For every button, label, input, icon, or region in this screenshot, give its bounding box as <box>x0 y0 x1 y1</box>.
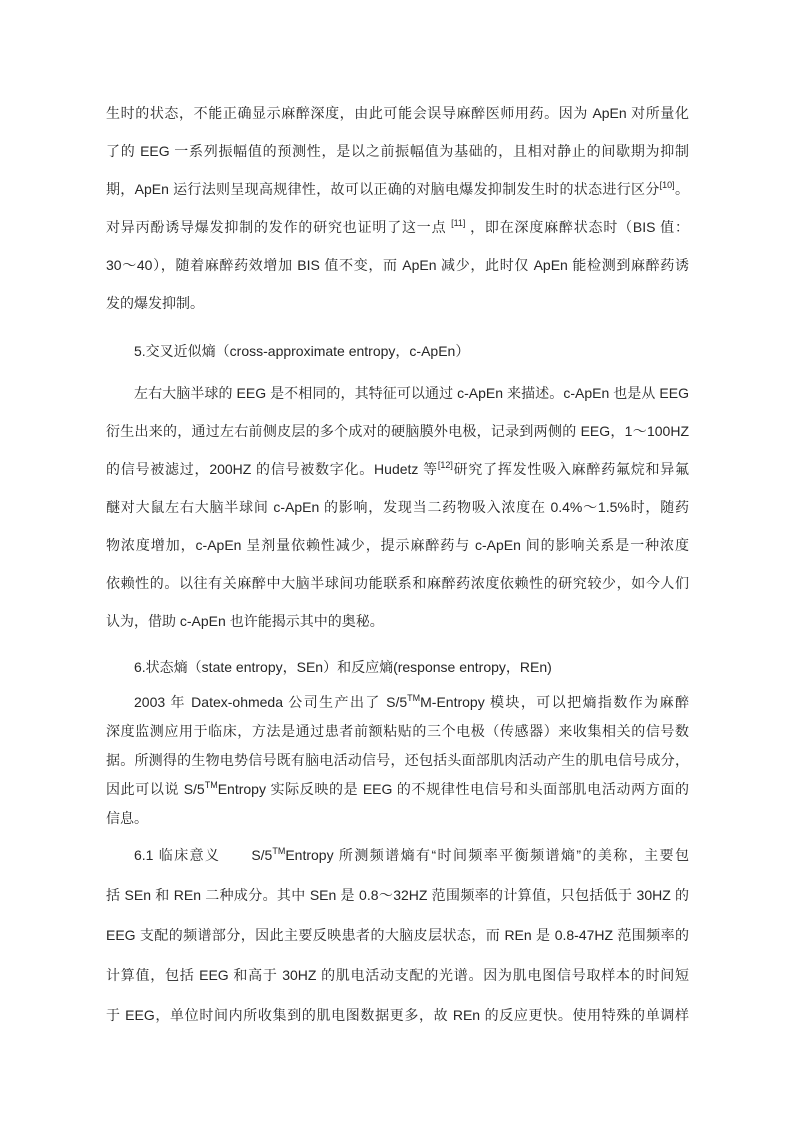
text-segment: ，即在深度麻醉状态时（BIS 值： <box>465 219 689 235</box>
text-line: 认为，借助 c-ApEn 也许能揭示其中的奥秘。 <box>106 602 689 640</box>
heading-state-response-entropy: 6.状态熵（state entropy，SEn）和反应熵(response en… <box>106 648 689 686</box>
text-segment: Entropy 所测频谱熵有“时间频率平衡频谱熵”的美称，主要包 <box>285 847 689 863</box>
superscript-reference: [12] <box>438 460 453 470</box>
text-segment: 依赖性的。以往有关麻醉中大脑半球间功能联系和麻醉药浓度依赖性的研究较少，如今人们 <box>106 575 689 591</box>
text-line: EEG 支配的频谱部分，因此主要反映患者的大脑皮层状态，而 REn 是 0.8-… <box>106 915 689 955</box>
paragraph-capen: 左右大脑半球的 EEG 是不相同的，其特征可以通过 c-ApEn 来描述。c-A… <box>106 374 689 640</box>
text-segment: 生时的状态，不能正确显示麻醉深度，由此可能会误导麻醉医师用药。因为 ApEn 对… <box>106 105 689 121</box>
text-segment: 6.1 临床意义 S/5 <box>134 847 272 863</box>
superscript-reference: TM <box>272 846 285 856</box>
text-line: 了的 EEG 一系列振幅值的预测性，是以之前振幅值为基础的，且相对静止的间歇期为… <box>106 132 689 170</box>
text-line: 发的爆发抑制。 <box>106 284 689 322</box>
text-line: 左右大脑半球的 EEG 是不相同的，其特征可以通过 c-ApEn 来描述。c-A… <box>106 374 689 412</box>
text-segment: 计算值，包括 EEG 和高于 30HZ 的肌电活动支配的光谱。因为肌电图信号取样… <box>106 967 689 983</box>
text-line: 物浓度增加，c-ApEn 呈剂量依赖性减少，提示麻醉药与 c-ApEn 间的影响… <box>106 526 689 564</box>
text-line: 括 SEn 和 REn 二种成分。其中 SEn 是 0.8～32HZ 范围频率的… <box>106 875 689 915</box>
text-segment: 6.状态熵（state entropy，SEn）和反应熵(response en… <box>134 659 552 675</box>
text-segment: 。 <box>675 181 689 197</box>
text-line: 5.交叉近似熵（cross-approximate entropy，c-ApEn… <box>106 332 689 370</box>
text-segment: 信息。 <box>106 810 148 826</box>
text-line: 对异丙酚诱导爆发抑制的发作的研究也证明了这一点 [11] ，即在深度麻醉状态时（… <box>106 208 689 246</box>
text-segment: 因此可以说 S/5 <box>106 781 205 797</box>
text-segment: 物浓度增加，c-ApEn 呈剂量依赖性减少，提示麻醉药与 c-ApEn 间的影响… <box>106 537 689 553</box>
text-line: 2003 年 Datex-ohmeda 公司生产出了 S/5TMM-Entrop… <box>106 688 689 717</box>
text-segment: 认为，借助 c-ApEn 也许能揭示其中的奥秘。 <box>106 613 384 629</box>
text-line: 的信号被滤过，200HZ 的信号被数字化。Hudetz 等[12]研究了挥发性吸… <box>106 450 689 488</box>
text-line: 于 EEG，单位时间内所收集到的肌电图数据更多，故 REn 的反应更快。使用特殊… <box>106 995 689 1035</box>
text-segment: 30～40），随着麻醉药效增加 BIS 值不变，而 ApEn 减少，此时仅 Ap… <box>106 257 689 273</box>
text-segment: 于 EEG，单位时间内所收集到的肌电图数据更多，故 REn 的反应更快。使用特殊… <box>106 1007 689 1023</box>
text-line: 6.1 临床意义 S/5TMEntropy 所测频谱熵有“时间频率平衡频谱熵”的… <box>106 835 689 875</box>
text-segment: 的信号被滤过，200HZ 的信号被数字化。Hudetz 等 <box>106 461 438 477</box>
text-line: 期，ApEn 运行法则呈现高规律性，故可以正确的对脑电爆发抑制发生时的状态进行区… <box>106 170 689 208</box>
superscript-reference: [11] <box>451 218 465 228</box>
text-segment: 衍生出来的，通过左右前侧皮层的多个成对的硬脑膜外电极，记录到两侧的 EEG，1～… <box>106 423 689 439</box>
superscript-reference: TM <box>407 693 420 703</box>
text-line: 30～40），随着麻醉药效增加 BIS 值不变，而 ApEn 减少，此时仅 Ap… <box>106 246 689 284</box>
document-page: 生时的状态，不能正确显示麻醉深度，由此可能会误导麻醉医师用药。因为 ApEn 对… <box>0 0 793 1122</box>
text-segment: 括 SEn 和 REn 二种成分。其中 SEn 是 0.8～32HZ 范围频率的… <box>106 887 689 903</box>
text-line: 据。所测得的生物电势信号既有脑电活动信号，还包括头面部肌肉活动产生的肌电信号成分… <box>106 746 689 775</box>
text-segment: M-Entropy 模块，可以把熵指数作为麻醉 <box>420 694 689 710</box>
text-segment: 对异丙酚诱导爆发抑制的发作的研究也证明了这一点 <box>106 219 451 235</box>
paragraph-clinical-significance: 6.1 临床意义 S/5TMEntropy 所测频谱熵有“时间频率平衡频谱熵”的… <box>106 835 689 1035</box>
paragraph-m-entropy-module: 2003 年 Datex-ohmeda 公司生产出了 S/5TMM-Entrop… <box>106 688 689 833</box>
text-line: 6.状态熵（state entropy，SEn）和反应熵(response en… <box>106 648 689 686</box>
heading-cross-approximate-entropy: 5.交叉近似熵（cross-approximate entropy，c-ApEn… <box>106 332 689 370</box>
text-line: 因此可以说 S/5TMEntropy 实际反映的是 EEG 的不规律性电信号和头… <box>106 775 689 804</box>
text-segment: 醚对大鼠左右大脑半球间 c-ApEn 的影响，发现当二药物吸入浓度在 0.4%～… <box>106 499 689 515</box>
text-segment: 研究了挥发性吸入麻醉药氟烷和异氟 <box>453 461 689 477</box>
text-line: 生时的状态，不能正确显示麻醉深度，由此可能会误导麻醉医师用药。因为 ApEn 对… <box>106 94 689 132</box>
text-segment: 5.交叉近似熵（cross-approximate entropy，c-ApEn… <box>134 343 469 359</box>
text-segment: 发的爆发抑制。 <box>106 295 204 311</box>
text-segment: 了的 EEG 一系列振幅值的预测性，是以之前振幅值为基础的，且相对静止的间歇期为… <box>106 143 689 159</box>
text-line: 依赖性的。以往有关麻醉中大脑半球间功能联系和麻醉药浓度依赖性的研究较少，如今人们 <box>106 564 689 602</box>
text-segment: 2003 年 Datex-ohmeda 公司生产出了 S/5 <box>134 694 407 710</box>
text-segment: 深度监测应用于临床，方法是通过患者前额粘贴的三个电极（传感器）来收集相关的信号数 <box>106 723 689 739</box>
text-segment: 期，ApEn 运行法则呈现高规律性，故可以正确的对脑电爆发抑制发生时的状态进行区… <box>106 181 660 197</box>
text-line: 深度监测应用于临床，方法是通过患者前额粘贴的三个电极（传感器）来收集相关的信号数 <box>106 717 689 746</box>
text-line: 衍生出来的，通过左右前侧皮层的多个成对的硬脑膜外电极，记录到两侧的 EEG，1～… <box>106 412 689 450</box>
superscript-reference: [10] <box>660 180 675 190</box>
text-segment: 据。所测得的生物电势信号既有脑电活动信号，还包括头面部肌肉活动产生的肌电信号成分… <box>106 752 689 768</box>
text-segment: EEG 支配的频谱部分，因此主要反映患者的大脑皮层状态，而 REn 是 0.8-… <box>106 927 689 943</box>
text-body: 生时的状态，不能正确显示麻醉深度，由此可能会误导麻醉医师用药。因为 ApEn 对… <box>106 94 689 1035</box>
text-line: 醚对大鼠左右大脑半球间 c-ApEn 的影响，发现当二药物吸入浓度在 0.4%～… <box>106 488 689 526</box>
text-line: 计算值，包括 EEG 和高于 30HZ 的肌电活动支配的光谱。因为肌电图信号取样… <box>106 955 689 995</box>
text-segment: Entropy 实际反映的是 EEG 的不规律性电信号和头面部肌电活动两方面的 <box>218 781 689 797</box>
text-segment: 左右大脑半球的 EEG 是不相同的，其特征可以通过 c-ApEn 来描述。c-A… <box>134 385 689 401</box>
superscript-reference: TM <box>205 780 218 790</box>
text-line: 信息。 <box>106 804 689 833</box>
paragraph-apen-burst-suppression: 生时的状态，不能正确显示麻醉深度，由此可能会误导麻醉医师用药。因为 ApEn 对… <box>106 94 689 322</box>
